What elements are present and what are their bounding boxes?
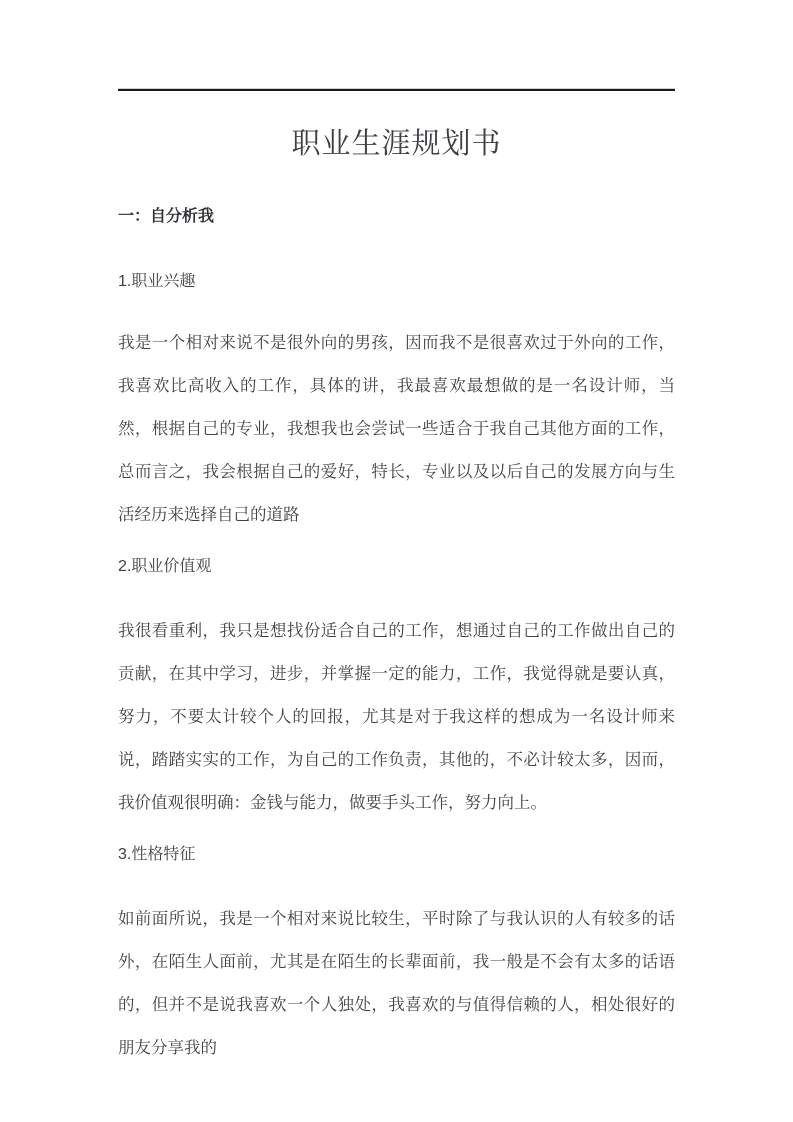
paragraph-personality: 如前面所说，我是一个相对来说比较生，平时除了与我认识的人有较多的话外，在陌生人面…: [118, 898, 675, 1070]
subsection-heading-career-values: 2.职业价值观: [118, 545, 675, 588]
document-title: 职业生涯规划书: [118, 125, 675, 163]
paragraph-career-interest: 我是一个相对来说不是很外向的男孩，因而我不是很喜欢过于外向的工作，我喜欢比高收入…: [118, 322, 675, 537]
document-page: 职业生涯规划书 一：自分析我 1.职业兴趣 我是一个相对来说不是很外向的男孩，因…: [0, 0, 793, 1122]
document-content: 职业生涯规划书 一：自分析我 1.职业兴趣 我是一个相对来说不是很外向的男孩，因…: [0, 88, 793, 1070]
subsection-heading-career-interest: 1.职业兴趣: [118, 260, 675, 303]
header-rule: [118, 88, 675, 91]
paragraph-career-values: 我很看重利，我只是想找份适合自己的工作，想通过自己的工作做出自己的贡献，在其中学…: [118, 610, 675, 825]
section-heading-self-analysis: 一：自分析我: [118, 195, 675, 238]
subsection-heading-personality: 3.性格特征: [118, 833, 675, 876]
